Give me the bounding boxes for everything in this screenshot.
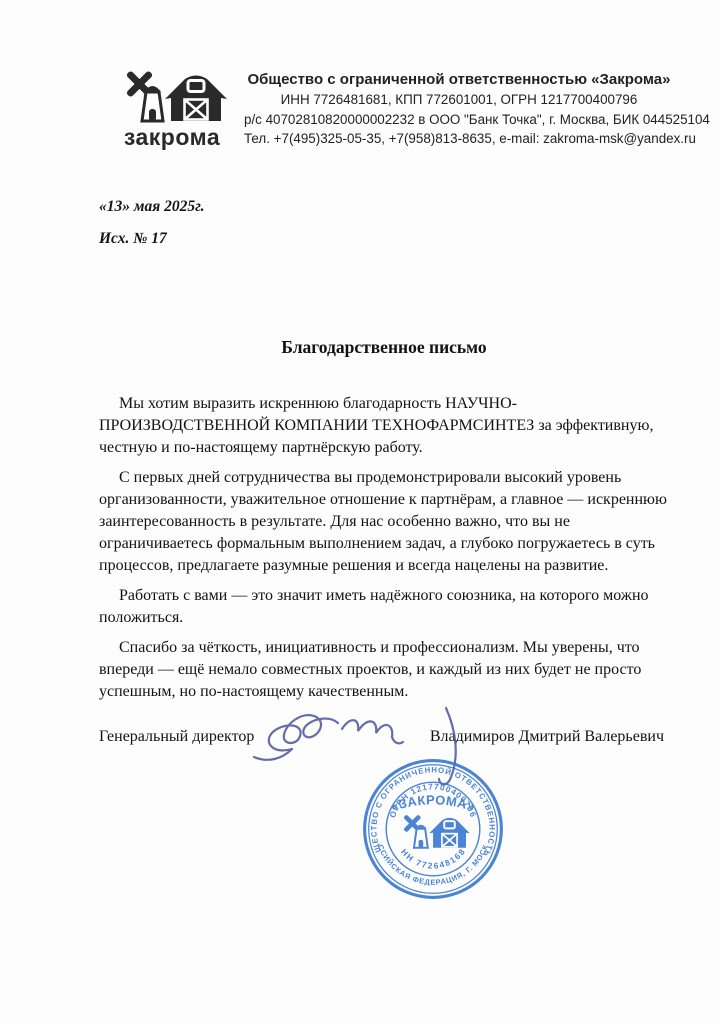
logo-wordmark: закрома bbox=[116, 124, 228, 151]
stamp-barn-icon bbox=[403, 813, 470, 848]
svg-text:ОБЩЕСТВО С ОГРАНИЧЕННОЙ ОТВЕТС: ОБЩЕСТВО С ОГРАНИЧЕННОЙ ОТВЕТСТВЕННОСТЬЮ bbox=[361, 757, 497, 858]
stamp-outer-top-text: ОБЩЕСТВО С ОГРАНИЧЕННОЙ ОТВЕТСТВЕННОСТЬЮ bbox=[361, 757, 497, 858]
letter-body: Мы хотим выразить искреннюю благодарност… bbox=[99, 393, 671, 711]
letter-page: закрома Общество с ограниченной ответств… bbox=[0, 0, 721, 1024]
paragraph-1: Мы хотим выразить искреннюю благодарност… bbox=[99, 393, 671, 459]
company-bank-details: р/с 40702810820000002232 в ООО "Банк Точ… bbox=[244, 110, 674, 130]
paragraph-4: Спасибо за чёткость, инициативность и пр… bbox=[99, 637, 671, 703]
letter-title: Благодарственное письмо bbox=[99, 337, 669, 358]
signatory-role: Генеральный директор bbox=[99, 728, 254, 746]
company-name: Общество с ограниченной ответственностью… bbox=[244, 70, 674, 90]
letter-meta: «13» мая 2025г. Исх. № 17 bbox=[99, 198, 205, 248]
company-stamp: ОБЩЕСТВО С ОГРАНИЧЕННОЙ ОТВЕТСТВЕННОСТЬЮ… bbox=[361, 757, 505, 901]
paragraph-2: С первых дней сотрудничества вы продемон… bbox=[99, 467, 671, 577]
outgoing-number: Исх. № 17 bbox=[99, 230, 205, 248]
barn-windmill-icon bbox=[117, 69, 227, 123]
company-requisites: ИНН 7726481681, КПП 772601001, ОГРН 1217… bbox=[244, 90, 674, 110]
signature-row: Генеральный директор Владимиров Дмитрий … bbox=[99, 728, 664, 746]
company-details: Общество с ограниченной ответственностью… bbox=[244, 70, 674, 149]
company-logo: закрома bbox=[116, 69, 228, 151]
signatory-name: Владимиров Дмитрий Валерьевич bbox=[430, 728, 664, 746]
paragraph-3: Работать с вами — это значит иметь надёж… bbox=[99, 585, 671, 629]
company-contacts: Тел. +7(495)325-05-35, +7(958)813-8635, … bbox=[244, 129, 674, 149]
letter-date: «13» мая 2025г. bbox=[99, 198, 205, 216]
